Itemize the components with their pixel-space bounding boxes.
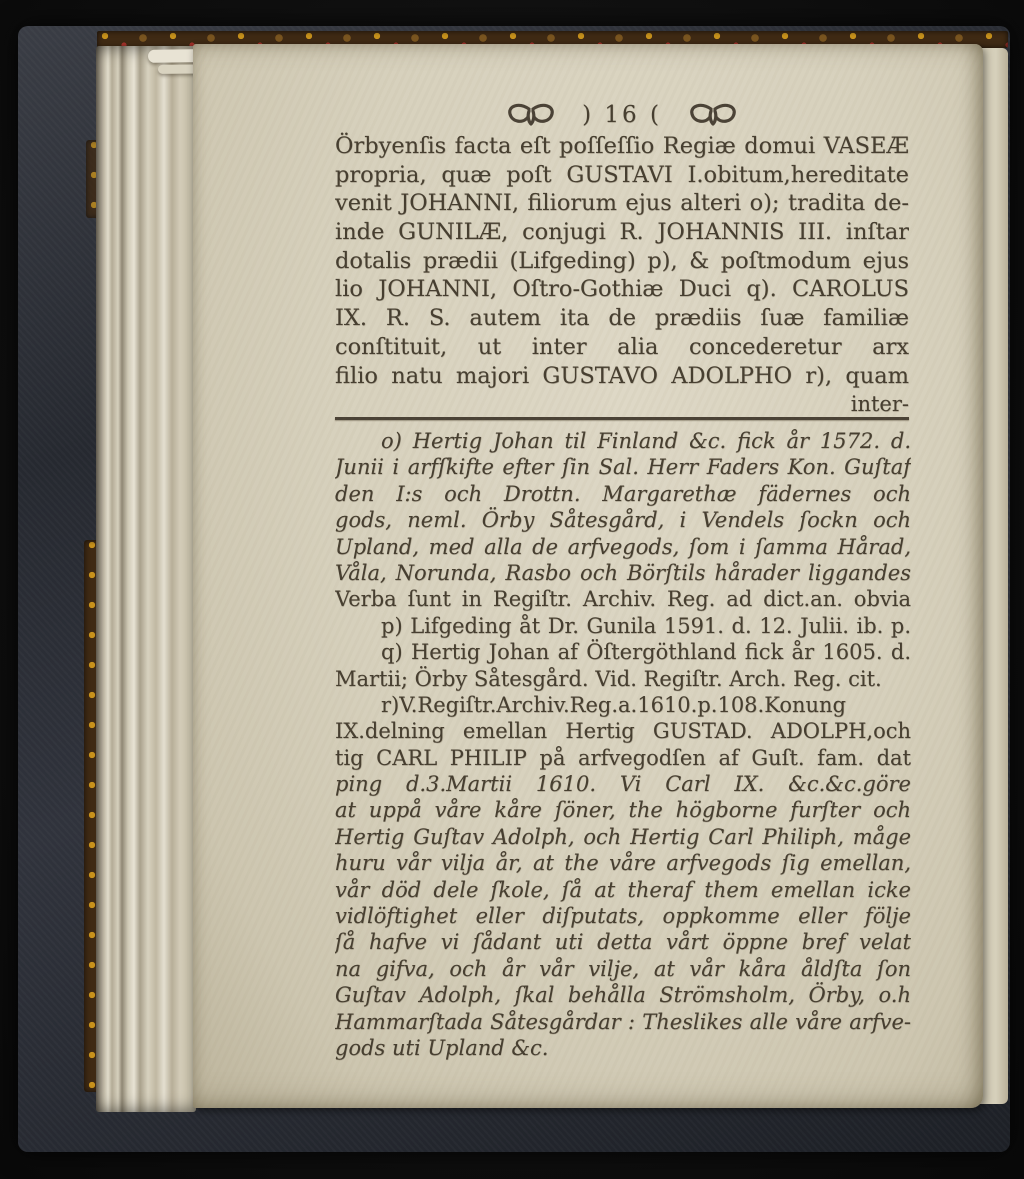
text-line: Hertig Guſtav Adolph, och Hertig Carl Ph… — [335, 824, 911, 850]
book-page: ) 16 ( Örbyenſis facta eſt poſſeſſio Reg… — [193, 44, 983, 1108]
text-line: ping d.3.Martii 1610. Vi Carl IX. &c.&c.… — [335, 771, 911, 797]
fleuron-ornament-icon — [686, 102, 740, 128]
footnote-separator-rule — [335, 417, 909, 420]
text-line: vidlöftighet eller diſputats, oppkomme e… — [335, 903, 911, 929]
catchword: inter- — [851, 392, 909, 416]
text-line: Våla, Norunda, Rasbo och Börſtils hårade… — [335, 560, 911, 586]
text-line: p) Lifgeding åt Dr. Gunila 1591. d. 12. … — [335, 613, 911, 639]
text-line: Martii; Örby Såtesgård. Vid. Regiſtr. Ar… — [335, 666, 911, 692]
text-line: at uppå våre kåre ſöner, the högborne fu… — [335, 797, 911, 823]
text-line: dotalis prædii (Lifgeding) p), & poſtmod… — [335, 247, 909, 276]
text-line: inde GUNILÆ, conjugi R. JOHANNIS III. in… — [335, 218, 909, 247]
text-line: gods uti Upland &c. — [335, 1035, 911, 1061]
text-line: IX.delning emellan Hertig GUSTAD. ADOLPH… — [335, 718, 911, 744]
text-line: conſtituit, ut inter alia concederetur a… — [335, 333, 909, 362]
footnotes-block: o) Hertig Johan til Finland &c. fick år … — [335, 428, 911, 1061]
photo-background: ) 16 ( Örbyenſis facta eſt poſſeſſio Reg… — [0, 0, 1024, 1179]
text-line: tig CARL PHILIP på arfvegodſen af Guſt. … — [335, 745, 911, 771]
text-line: filio natu majori GUSTAVO ADOLPHO r), qu… — [335, 362, 909, 391]
text-line: huru vår vilja år, at the våre arfvegods… — [335, 850, 911, 876]
text-line: ſå hafve vi ſådant uti detta vårt öppne … — [335, 929, 911, 955]
text-line: na gifva, och år vår vilje, at vår kåra … — [335, 956, 911, 982]
page-header: ) 16 ( — [335, 99, 909, 131]
text-line: q) Hertig Johan af Öſtergöthland fick år… — [335, 639, 911, 665]
text-line: lio JOHANNI, Oſtro-Gothiæ Duci q). CAROL… — [335, 275, 909, 304]
text-line: Örbyenſis facta eſt poſſeſſio Regiæ domu… — [335, 132, 909, 161]
text-line: r)V.Regiſtr.Archiv.Reg.a.1610.p.108.Konu… — [335, 692, 911, 718]
text-line: vår död dele ſkole, ſå at theraf them em… — [335, 877, 911, 903]
text-line: Junii i arfſkifte efter ſin Sal. Herr Fa… — [335, 454, 911, 480]
main-text-block: Örbyenſis facta eſt poſſeſſio Regiæ domu… — [335, 132, 909, 390]
text-line: o) Hertig Johan til Finland &c. fick år … — [335, 428, 911, 454]
page-number: ) 16 ( — [582, 102, 662, 128]
text-line: gods, neml. Örby Såtesgård, i Vendels ſo… — [335, 507, 911, 533]
fleuron-ornament-icon — [504, 102, 558, 128]
text-line: venit JOHANNI, filiorum ejus alteri o); … — [335, 189, 909, 218]
text-line: Guſtav Adolph, ſkal behålla Strömsholm, … — [335, 982, 911, 1008]
text-line: den I:s och Drottn. Margarethæ fädernes … — [335, 481, 911, 507]
text-line: propria, quæ poſt GUSTAVI I.obitum,hered… — [335, 161, 909, 190]
text-line: Upland, med alla de arfvegods, ſom i ſam… — [335, 534, 911, 560]
text-line: IX. R. S. autem ita de prædiis ſuæ famil… — [335, 304, 909, 333]
page-edges-stack — [96, 46, 196, 1112]
text-line: Verba ſunt in Regiſtr. Archiv. Reg. ad d… — [335, 586, 911, 612]
text-line: Hammarſtada Såtesgårdar : Theslikes alle… — [335, 1009, 911, 1035]
